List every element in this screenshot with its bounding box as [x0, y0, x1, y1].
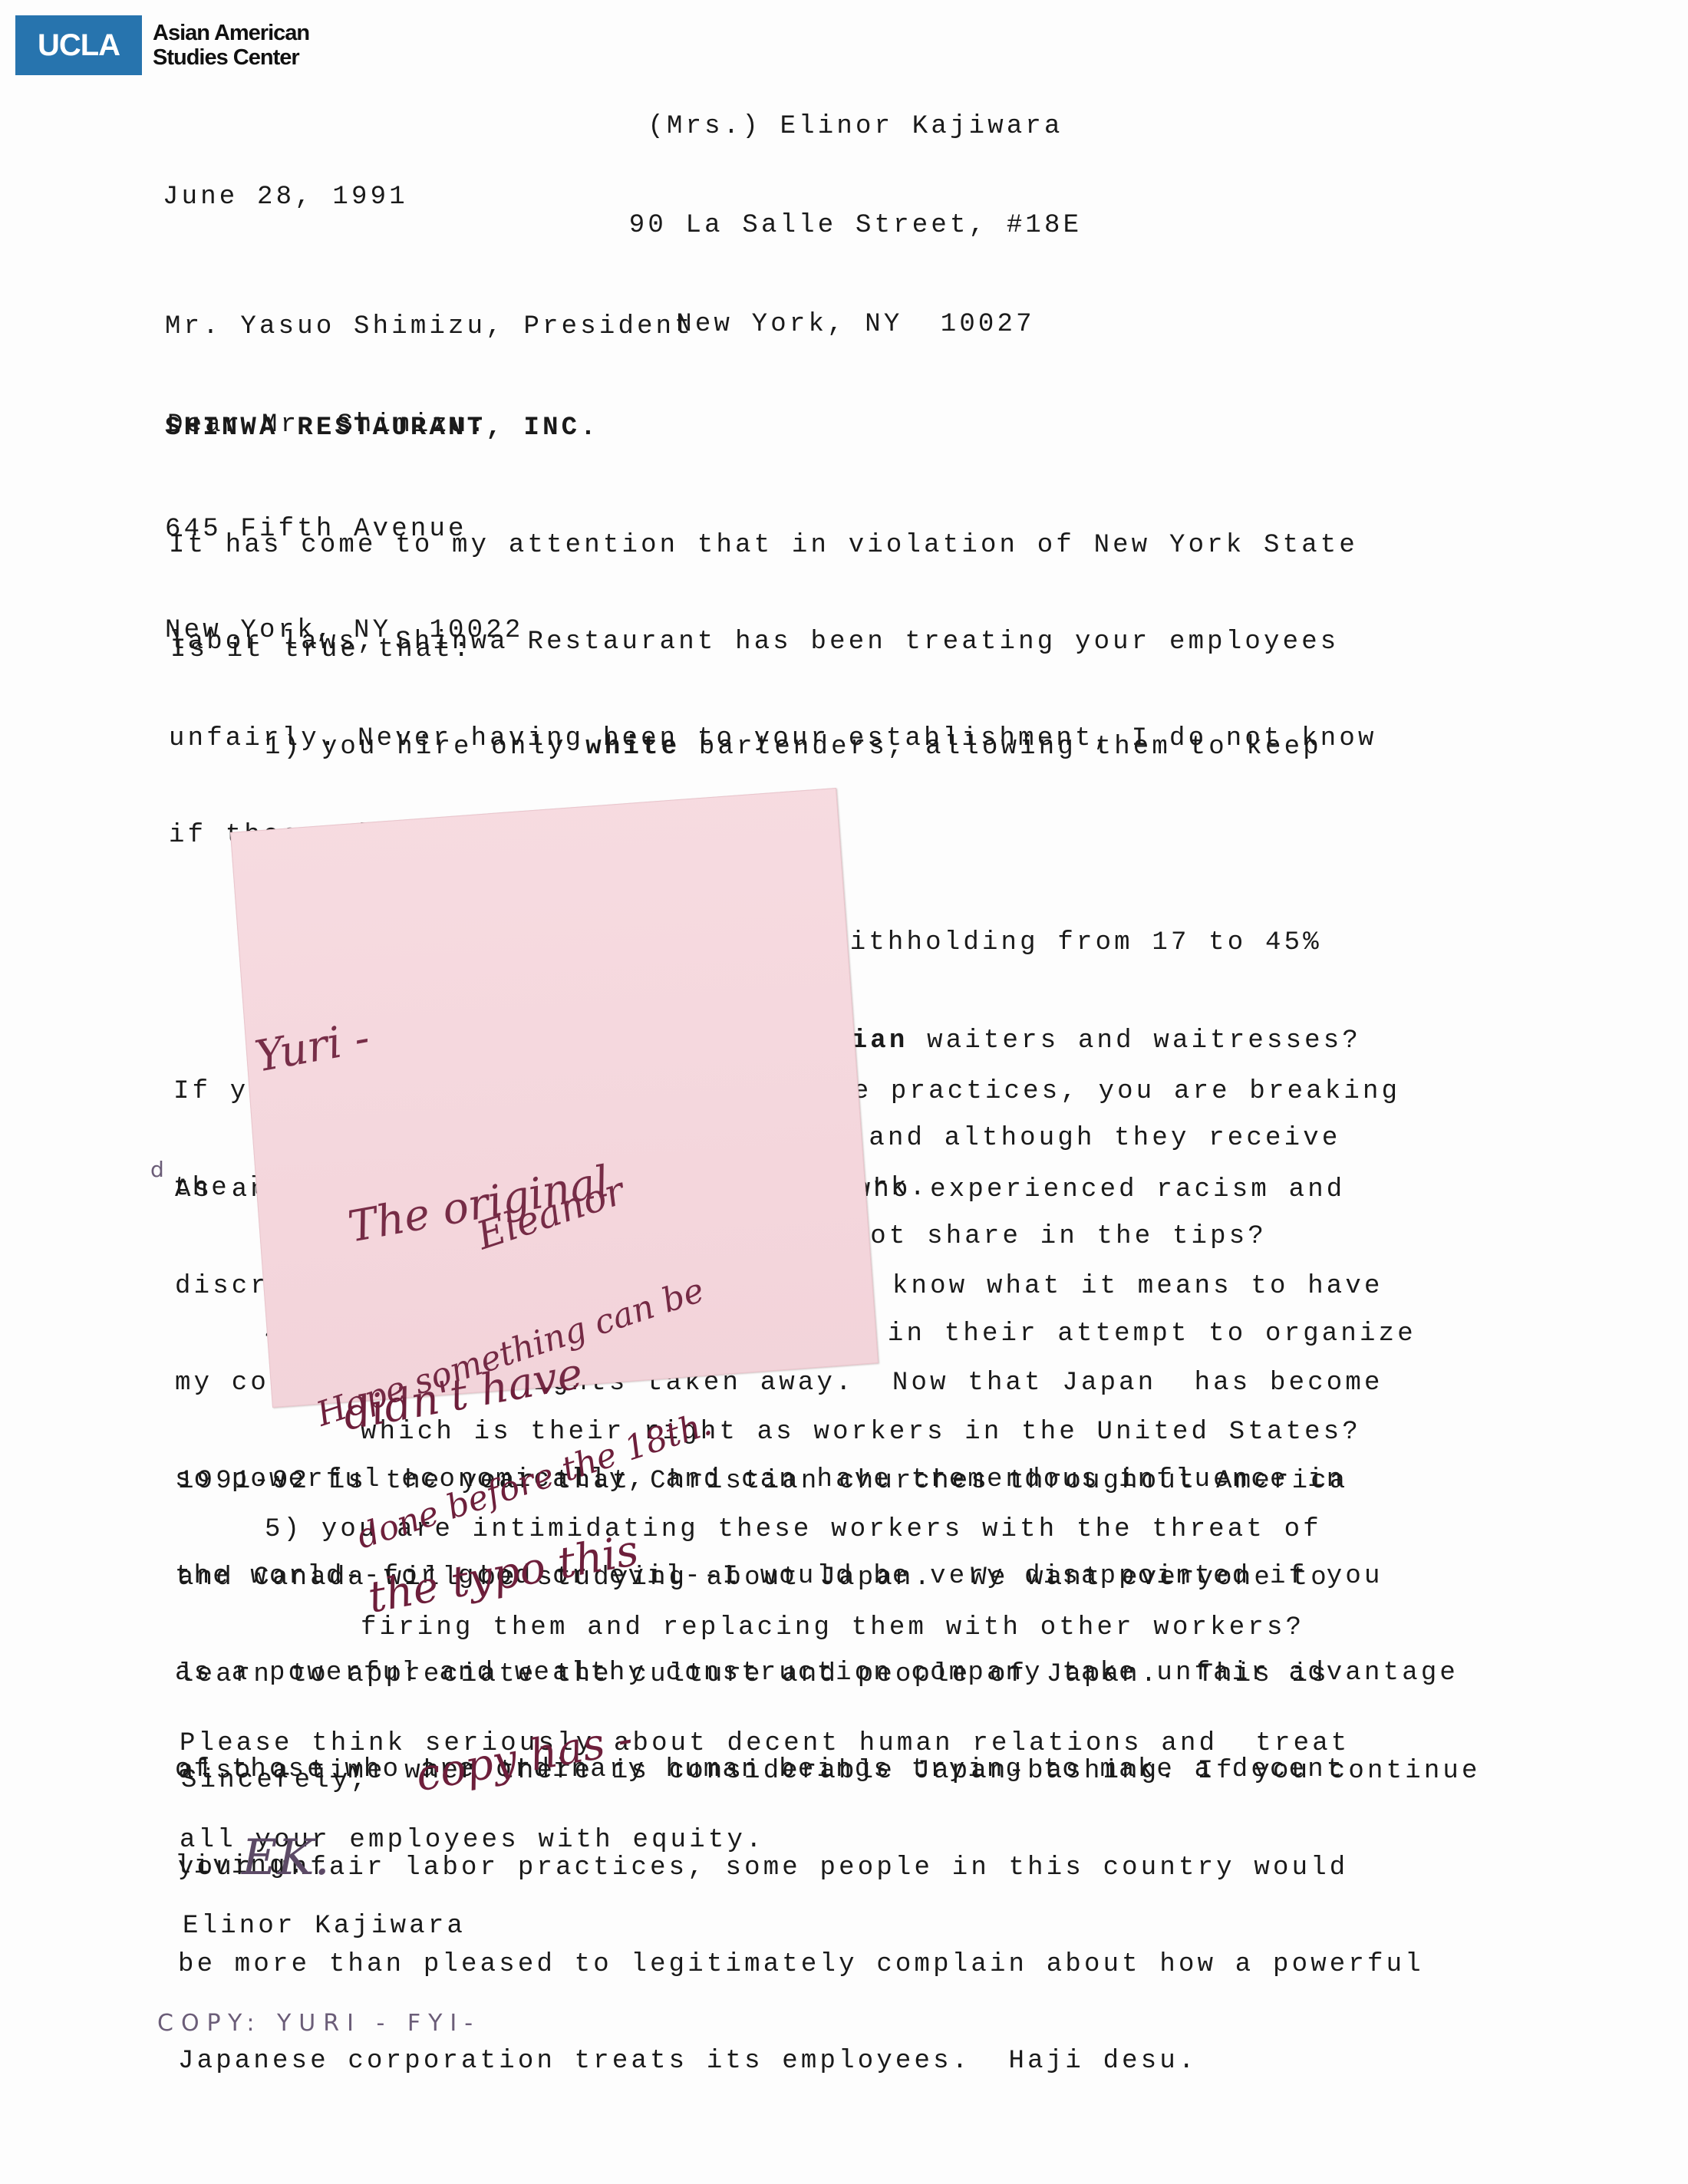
list-item: 1) you hire only white bartenders, allow… [265, 731, 1416, 764]
letter-date: June 28, 1991 [163, 181, 408, 213]
sticky-note: Yuri - The original didn't have the typo… [230, 788, 879, 1408]
sender-name: (Mrs.) Elinor Kajiwara [0, 110, 1688, 143]
note-line: copy has - [381, 1695, 712, 1813]
paragraph-line: be more than pleased to legitimately com… [178, 1948, 1481, 1981]
closing: Sincerely, [181, 1764, 370, 1797]
paragraph-line: Japanese corporation treats its employee… [178, 2045, 1481, 2077]
sender-street: 90 La Salle Street, #18E [0, 209, 1688, 242]
note-line: done before the 18th. [351, 1392, 750, 1559]
note-line: Yuri - [251, 970, 582, 1089]
signature-initials: EK. [242, 1830, 330, 1886]
logo-line-1: Asian American [153, 21, 309, 45]
recipient-name: Mr. Yasuo Shimizu, President [165, 310, 694, 344]
note-line: Hope something can be [312, 1270, 710, 1437]
letter-page: UCLA Asian American Studies Center (Mrs.… [0, 0, 1688, 2184]
salutation: Dear Mr. Shimizu: [167, 409, 488, 441]
paragraph-line: It has come to my attention that in viol… [169, 529, 1377, 562]
list-intro: Is it true that: [170, 634, 473, 666]
note-line: The original [283, 1151, 614, 1270]
note-signature: Eleanor [469, 1161, 632, 1267]
paragraph-line: Please think seriously about decent huma… [180, 1728, 1350, 1760]
margin-mark: d [150, 1157, 164, 1182]
paragraph-line: all your employees with equity. [180, 1824, 1350, 1856]
copy-annotation: COPY: YURI - FYI- [157, 2010, 480, 2037]
